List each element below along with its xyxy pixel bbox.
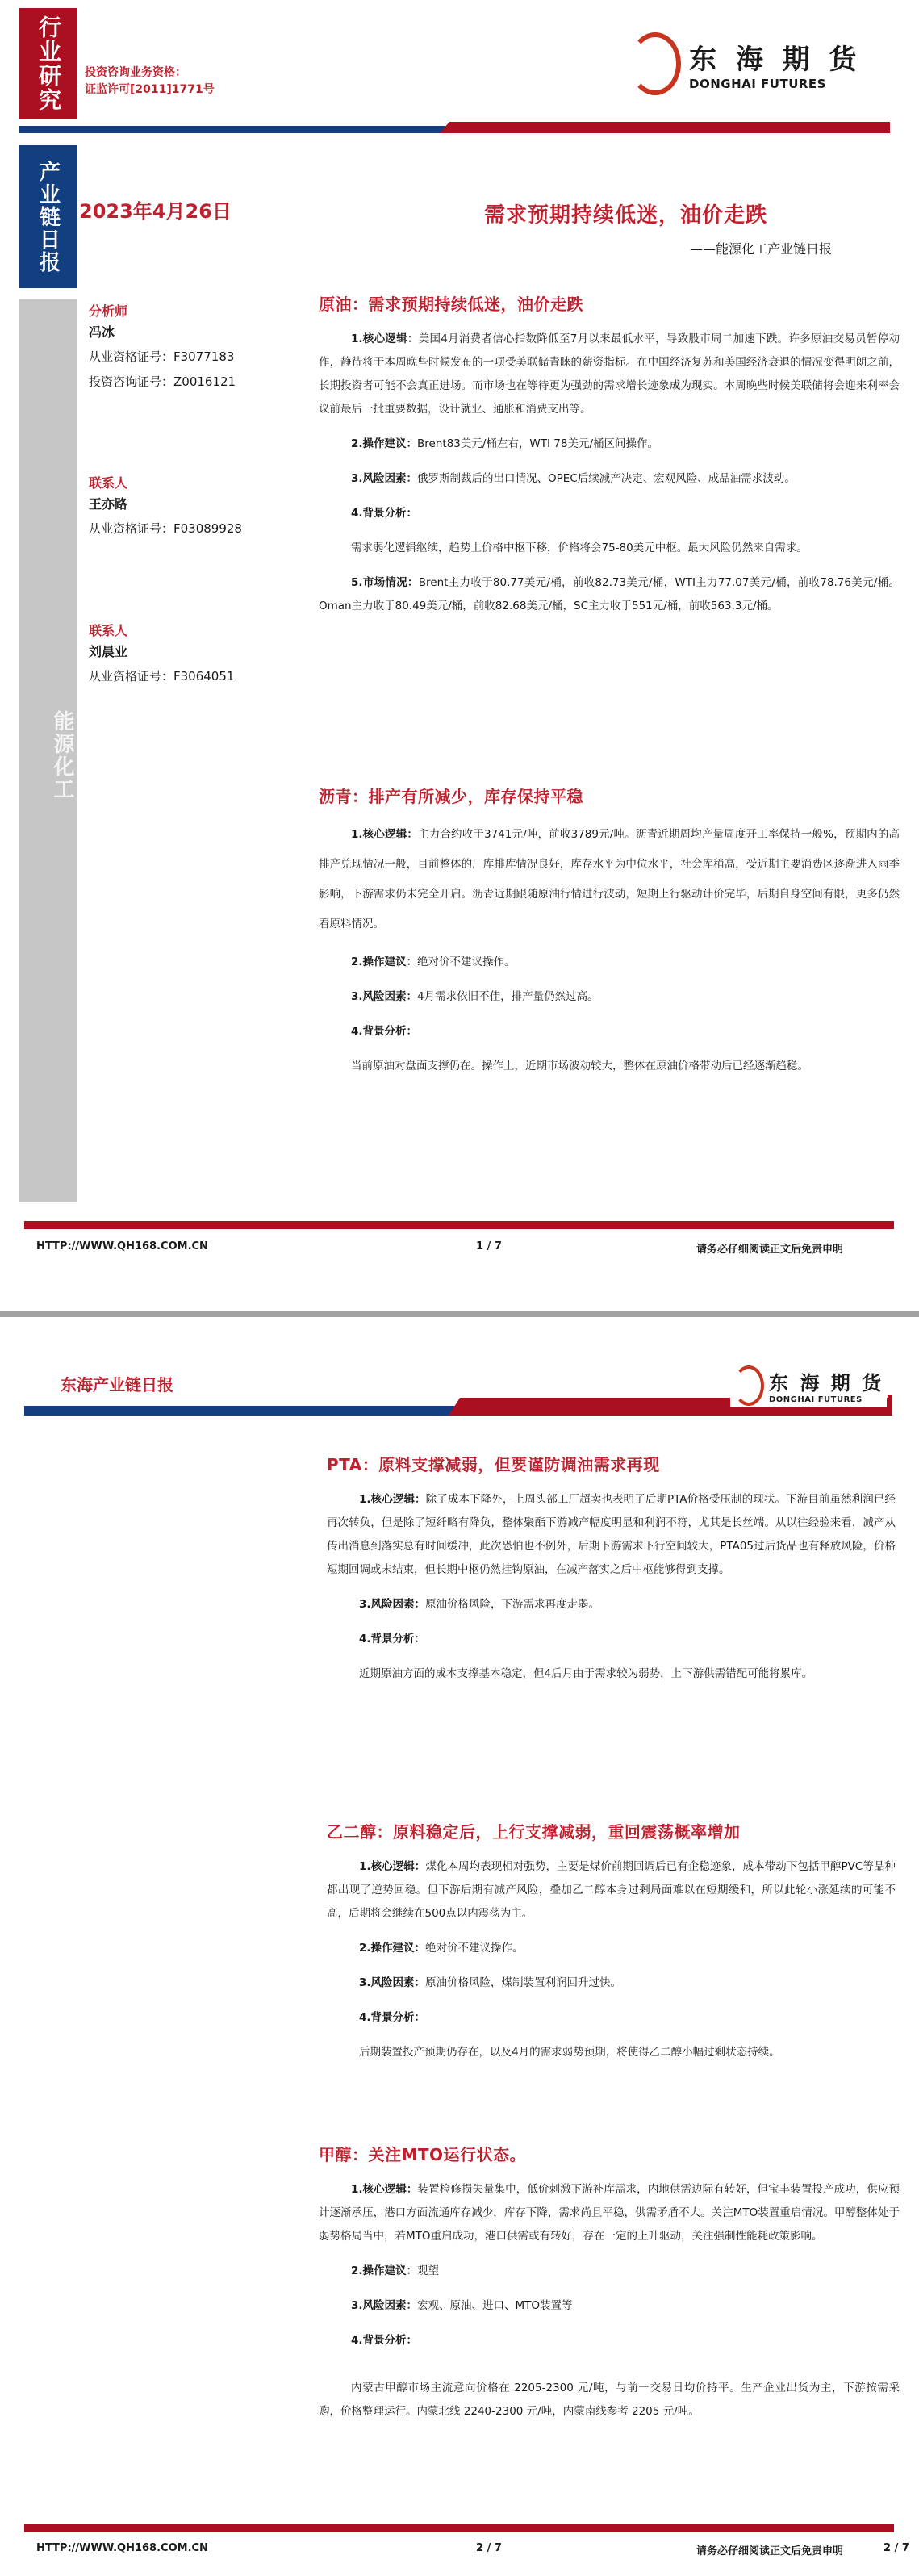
core-logic: 1.核心逻辑：美国4月消费者信心指数降低至7月以来最低水平，导致股市周二加速下跌… — [319, 328, 900, 421]
header-rule-red-tail — [888, 1395, 892, 1416]
background-label: 4.背景分析： — [351, 507, 417, 520]
risk-factors-label: 3.风险因素： — [351, 2299, 417, 2312]
risk-factors: 3.风险因素：4月需求依旧不佳，排产量仍然过高。 — [319, 985, 900, 1009]
website-link[interactable]: HTTP://WWW.QH168.COM.CN — [36, 2542, 208, 2554]
risk-factors-text: 原油价格风险，煤制装置利润回升过快。 — [425, 1976, 621, 1989]
background-text: 内蒙古甲醇市场主流意向价格在 2205-2300 元/吨，与前一交易日均价持平。… — [319, 2377, 900, 2423]
core-logic-text: 主力合约收于3741元/吨，前收3789元/吨。沥青近期周均产量周度开工率保持一… — [319, 828, 900, 930]
contact-role: 联系人 — [89, 475, 242, 492]
page-title: 需求预期持续低迷，油价走跌 — [484, 199, 767, 228]
section-title: PTA：原料支撑减弱，但要谨防调油需求再现 — [327, 1453, 896, 1477]
license-info: 投资咨询业务资格： 证监许可[2011]1771号 — [85, 65, 215, 98]
contact-role: 联系人 — [89, 622, 234, 640]
dragon-logo-icon — [733, 1365, 764, 1406]
core-logic-label: 1.核心逻辑： — [351, 828, 418, 841]
operation-advice: 2.操作建议：观望 — [319, 2260, 900, 2283]
donghai-logo: 东 海 期 货 DONGHAI FUTURES — [730, 1364, 887, 1407]
risk-factors-label: 3.风险因素： — [359, 1976, 425, 1989]
footer-rule — [24, 2524, 894, 2532]
disclaimer-note: 请务必仔细阅读正文后免责申明 — [696, 1240, 843, 1256]
operation-advice: 2.操作建议：Brent83美元/桶左右，WTI 78美元/桶区间操作。 — [319, 433, 900, 456]
industry-research-tab: 行业研究 — [19, 8, 77, 119]
section-title: 沥青：排产有所减少，库存保持平稳 — [319, 784, 900, 809]
risk-factors: 3.风险因素：原油价格风险，煤制装置利润回升过快。 — [327, 1972, 896, 1995]
operation-advice-label: 2.操作建议： — [351, 2264, 417, 2277]
logo-cn-text: 东 海 期 货 — [769, 1367, 883, 1395]
contact-cert: 从业资格证号：F3064051 — [89, 664, 234, 689]
section-crude-oil: 原油：需求预期持续低迷，油价走跌 1.核心逻辑：美国4月消费者信心指数降低至7月… — [319, 292, 900, 618]
page-number-right: 2 / 7 — [883, 2542, 909, 2554]
risk-factors-label: 3.风险因素： — [351, 472, 417, 485]
chain-daily-tab: 产业链日报 — [19, 145, 77, 288]
core-logic-label: 1.核心逻辑： — [359, 1860, 425, 1873]
operation-advice-label: 2.操作建议： — [351, 956, 417, 968]
donghai-logo: 东 海 期 货 DONGHAI FUTURES — [629, 32, 862, 95]
operation-advice-text: 绝对价不建议操作。 — [417, 956, 516, 968]
energy-chem-tab: 能源化工 — [19, 299, 77, 1202]
contact-person-1: 联系人 王亦路 从业资格证号：F03089928 — [89, 475, 242, 542]
market-conditions: 5.市场情况：Brent主力收于80.77美元/桶，前收82.73美元/桶，WT… — [319, 571, 900, 618]
background-label: 4.背景分析： — [359, 2011, 425, 2024]
risk-factors-text: 俄罗斯制裁后的出口情况、OPEC后续减产决定、宏观风险、成品油需求波动。 — [417, 472, 796, 485]
dragon-logo-icon — [629, 32, 681, 95]
core-logic-label: 1.核心逻辑： — [351, 332, 419, 345]
section-title: 原油：需求预期持续低迷，油价走跌 — [319, 292, 900, 316]
contact-cert: 从业资格证号：F03089928 — [89, 516, 242, 542]
report-date: 2023年4月26日 — [79, 195, 232, 224]
header-rule-red — [440, 122, 890, 133]
running-header-title: 东海产业链日报 — [61, 1372, 173, 1395]
contact-name: 冯冰 — [89, 320, 236, 345]
background-text: 当前原油对盘面支撑仍在。操作上，近期市场波动较大，整体在原油价格带动后已经逐渐趋… — [319, 1055, 900, 1078]
background-label-row: 4.背景分析： — [319, 1020, 900, 1043]
risk-factors-text: 宏观、原油、进口、MTO装置等 — [417, 2299, 573, 2312]
market-conditions-label: 5.市场情况： — [351, 576, 419, 589]
logo-en-text: DONGHAI FUTURES — [769, 1395, 883, 1404]
core-logic: 1.核心逻辑：装置检修损失量集中，低价刺激下游补库需求，内地供需边际有转好，但宝… — [319, 2178, 900, 2248]
operation-advice: 2.操作建议：绝对价不建议操作。 — [319, 951, 900, 974]
page-number: 2 / 7 — [476, 2542, 502, 2554]
logo-cn-text: 东 海 期 货 — [689, 37, 862, 77]
core-logic: 1.核心逻辑：除了成本下降外，上周头部工厂超卖也表明了后期PTA价格受压制的现状… — [327, 1488, 896, 1582]
operation-advice-label: 2.操作建议： — [359, 1942, 425, 1955]
page-number: 1 / 7 — [476, 1240, 502, 1252]
operation-advice-label: 2.操作建议： — [351, 437, 417, 450]
header-rule-blue — [24, 1406, 456, 1416]
operation-advice-text: 观望 — [417, 2264, 439, 2277]
operation-advice-text: 绝对价不建议操作。 — [425, 1942, 524, 1955]
disclaimer-note: 请务必仔细阅读正文后免责申明 — [696, 2542, 843, 2557]
contact-cert: 投资咨询证号：Z0016121 — [89, 370, 236, 395]
risk-factors: 3.风险因素：原油价格风险，下游需求再度走弱。 — [327, 1593, 896, 1616]
risk-factors-text: 原油价格风险，下游需求再度走弱。 — [425, 1598, 599, 1611]
background-label-row: 4.背景分析： — [319, 2329, 900, 2352]
background-text: 后期装置投产预期仍存在，以及4月的需求弱势预期，将使得乙二醇小幅过剩状态持续。 — [327, 2041, 896, 2064]
section-asphalt: 沥青：排产有所减少，库存保持平稳 1.核心逻辑：主力合约收于3741元/吨，前收… — [319, 784, 900, 1078]
background-text: 需求弱化逻辑继续，趋势上价格中枢下移，价格将会75-80美元中枢。最大风险仍然来… — [319, 537, 900, 560]
background-text: 近期原油方面的成本支撑基本稳定，但4后月由于需求较为弱势，上下游供需错配可能将累… — [327, 1662, 896, 1686]
core-logic-label: 1.核心逻辑： — [359, 1493, 426, 1506]
industry-research-label: 行业研究 — [32, 15, 65, 112]
operation-advice-text: Brent83美元/桶左右，WTI 78美元/桶区间操作。 — [417, 437, 658, 450]
footer-rule — [24, 1221, 894, 1229]
website-link[interactable]: HTTP://WWW.QH168.COM.CN — [36, 1240, 208, 1252]
section-title: 甲醇：关注MTO运行状态。 — [319, 2143, 900, 2167]
report-page-1: 行业研究 投资咨询业务资格： 证监许可[2011]1771号 东 海 期 货 D… — [0, 0, 919, 1306]
header-rule-blue — [19, 126, 447, 133]
license-line-2: 证监许可[2011]1771号 — [85, 82, 215, 98]
logo-en-text: DONGHAI FUTURES — [689, 77, 862, 91]
core-logic-label: 1.核心逻辑： — [351, 2183, 418, 2196]
contact-role: 分析师 — [89, 303, 236, 320]
risk-factors-text: 4月需求依旧不佳，排产量仍然过高。 — [417, 990, 599, 1003]
report-page-2: 东海产业链日报 东 海 期 货 DONGHAI FUTURES PTA：原料支撑… — [0, 1324, 919, 2576]
section-methanol: 甲醇：关注MTO运行状态。 1.核心逻辑：装置检修损失量集中，低价刺激下游补库需… — [319, 2143, 900, 2423]
section-meg: 乙二醇：原料稳定后，上行支撑减弱，重回震荡概率增加 1.核心逻辑：煤化本周均表现… — [327, 1820, 896, 2064]
contact-analyst: 分析师 冯冰 从业资格证号：F3077183 投资咨询证号：Z0016121 — [89, 303, 236, 395]
contact-cert: 从业资格证号：F3077183 — [89, 345, 236, 370]
section-title: 乙二醇：原料稳定后，上行支撑减弱，重回震荡概率增加 — [327, 1820, 896, 1844]
contact-name: 王亦路 — [89, 492, 242, 516]
risk-factors: 3.风险因素：俄罗斯制裁后的出口情况、OPEC后续减产决定、宏观风险、成品油需求… — [319, 467, 900, 491]
risk-factors-label: 3.风险因素： — [351, 990, 417, 1003]
background-label-row: 4.背景分析： — [327, 1628, 896, 1651]
page-separator — [0, 1306, 919, 1324]
contact-name: 刘晨业 — [89, 640, 234, 664]
core-logic: 1.核心逻辑：煤化本周均表现相对强势，主要是煤价前期回调后已有企稳迹象，成本带动… — [327, 1855, 896, 1926]
contact-person-2: 联系人 刘晨业 从业资格证号：F3064051 — [89, 622, 234, 689]
background-label: 4.背景分析： — [351, 1025, 417, 1038]
background-label-row: 4.背景分析： — [319, 502, 900, 525]
energy-chem-label: 能源化工 — [48, 710, 77, 801]
page-subtitle: ——能源化工产业链日报 — [690, 239, 832, 257]
background-label: 4.背景分析： — [351, 2334, 417, 2347]
license-line-1: 投资咨询业务资格： — [85, 65, 215, 82]
background-label-row: 4.背景分析： — [327, 2006, 896, 2030]
operation-advice: 2.操作建议：绝对价不建议操作。 — [327, 1937, 896, 1960]
core-logic: 1.核心逻辑：主力合约收于3741元/吨，前收3789元/吨。沥青近期周均产量周… — [319, 820, 900, 939]
chain-daily-label: 产业链日报 — [34, 161, 64, 274]
risk-factors-label: 3.风险因素： — [359, 1598, 425, 1611]
risk-factors: 3.风险因素：宏观、原油、进口、MTO装置等 — [319, 2294, 900, 2318]
section-pta: PTA：原料支撑减弱，但要谨防调油需求再现 1.核心逻辑：除了成本下降外，上周头… — [327, 1453, 896, 1686]
background-label: 4.背景分析： — [359, 1633, 425, 1646]
